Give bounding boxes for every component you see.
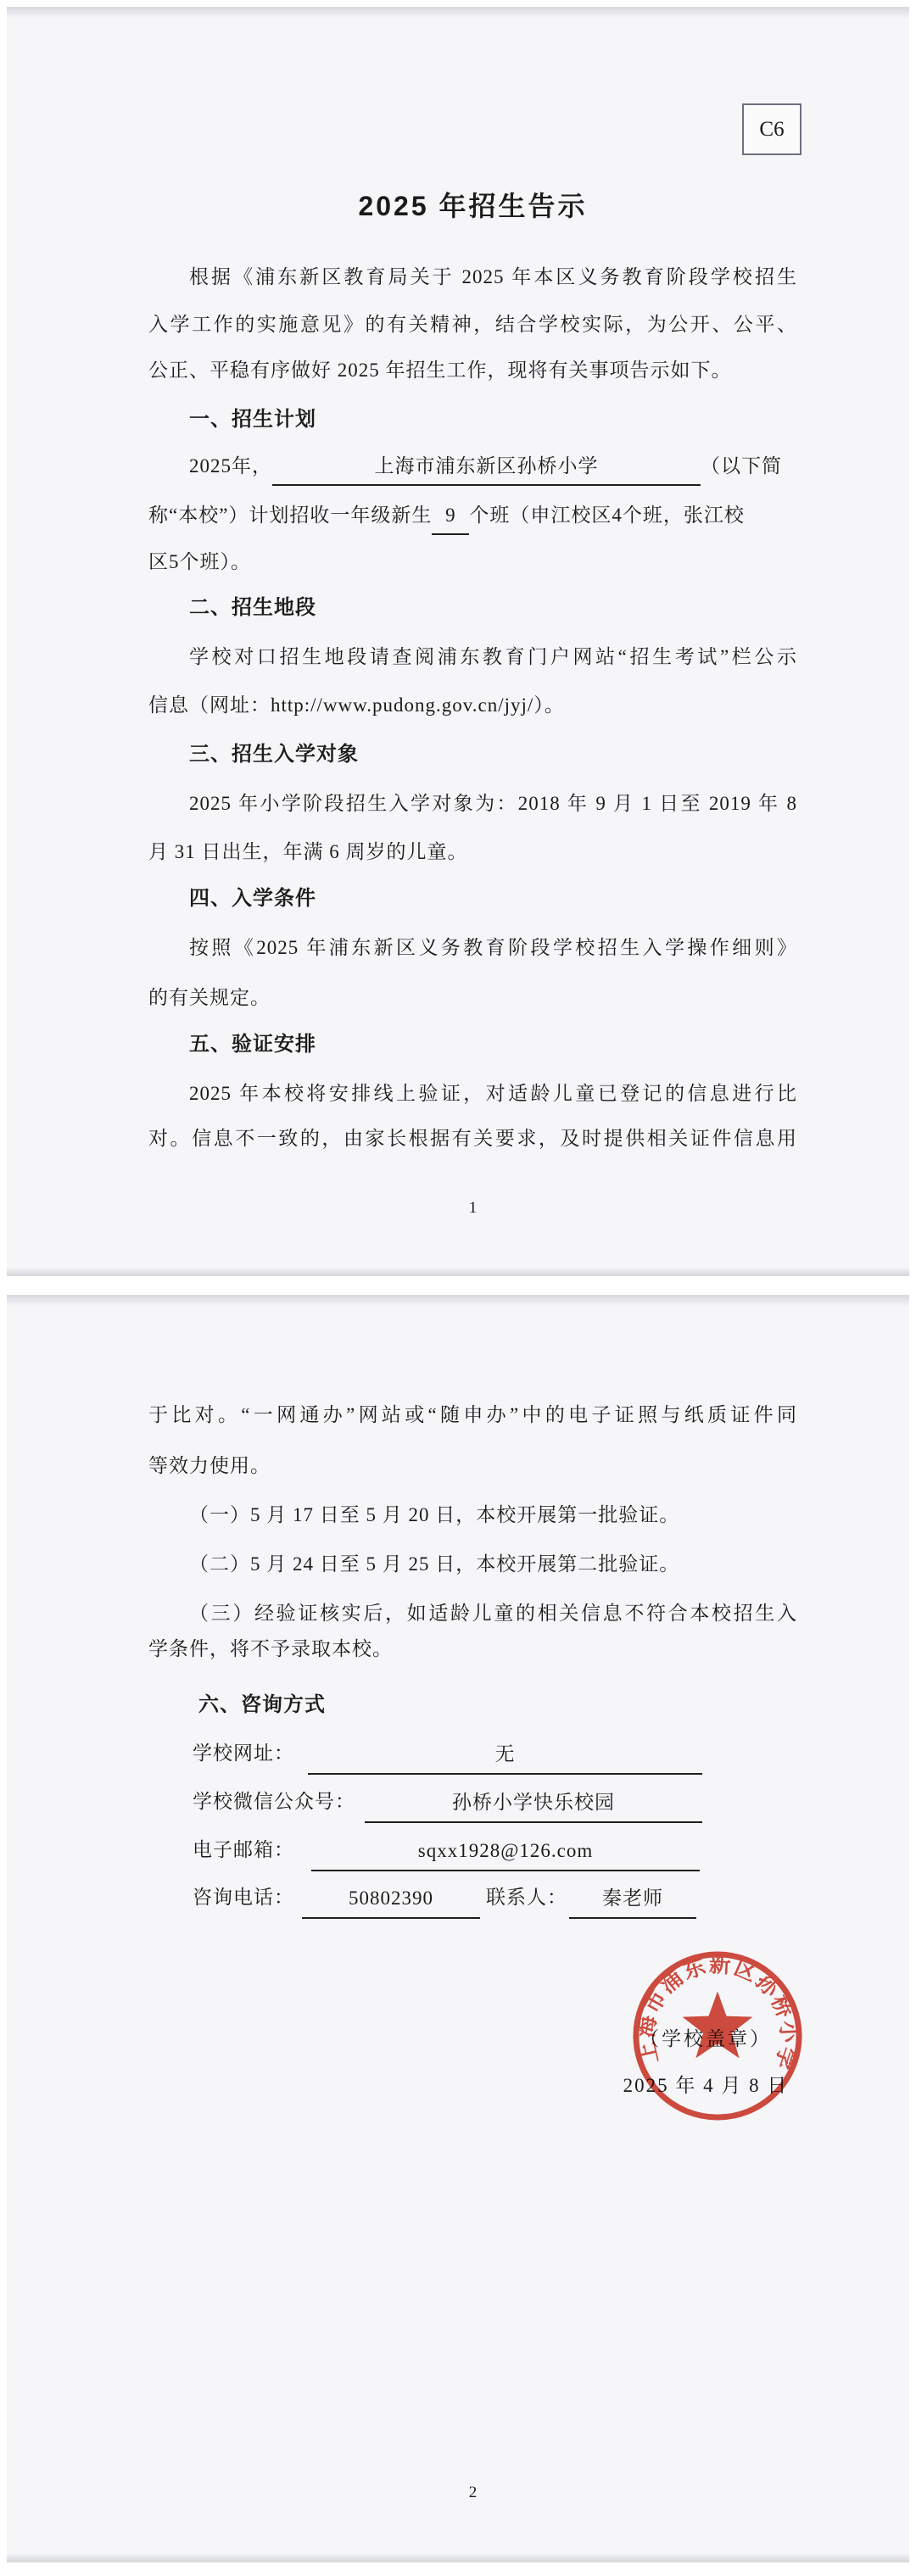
email-value-blank: sqxx1928@126.com (311, 1832, 700, 1871)
intro-line-2: 入学工作的实施意见》的有关精神，结合学校实际，为公开、公平、 (148, 300, 797, 349)
plan-line-2-pre: 称“本校”）计划招收一年级新生 (148, 505, 432, 526)
section4-heading: 四、入学条件 (189, 874, 316, 923)
school-name-blank: 上海市浦东新区孙桥小学 (272, 449, 701, 486)
class-count-blank: 9 (432, 498, 469, 535)
scanned-document: { "label_box": { "text": "C6" }, "title"… (0, 0, 916, 2576)
website-value-blank: 无 (308, 1736, 702, 1775)
contact-person-label: 联系人： (486, 1873, 567, 1922)
district-line-2: 信息（网址：http://www.pudong.gov.cn/jyj/）。 (148, 681, 565, 730)
plan-line-1: 2025年，上海市浦东新区孙桥小学（以下简 (189, 442, 782, 491)
page2-number: 2 (148, 2480, 797, 2506)
district-line-1: 学校对口招生地段请查阅浦东教育门户网站“招生考试”栏公示 (148, 633, 797, 682)
page1-number: 1 (148, 1196, 797, 1221)
verify-line-2: 对。信息不一致的，由家长根据有关要求，及时提供相关证件信息用 (148, 1114, 797, 1163)
corner-label-box: C6 (742, 103, 801, 155)
section5-heading: 五、验证安排 (189, 1020, 316, 1069)
contact-person-blank: 秦老师 (569, 1880, 696, 1919)
condition-line-1: 按照《2025 年浦东新区义务教育阶段学校招生入学操作细则》 (148, 923, 797, 973)
cont-line-2: 等效力使用。 (148, 1441, 271, 1491)
section2-heading: 二、招生地段 (189, 583, 316, 633)
section3-heading: 三、招生入学对象 (189, 730, 359, 779)
batch3-line-2: 学条件，将不予录取本校。 (148, 1625, 393, 1674)
target-line-1: 2025 年小学阶段招生入学对象为：2018 年 9 月 1 日至 2019 年… (148, 779, 797, 828)
doc-title: 2025 年招生告示 (148, 181, 797, 231)
plan-line-3: 区5个班）。 (148, 538, 251, 587)
email-label: 电子邮箱： (193, 1826, 294, 1875)
school-seal-stamp: 上海市浦东新区孙桥小学 (629, 1948, 806, 2124)
batch2-line: （二）5 月 24 日至 5 月 25 日，本校开展第二批验证。 (189, 1540, 679, 1589)
phone-value-blank: 50802390 (302, 1880, 480, 1919)
section1-heading: 一、招生计划 (189, 395, 316, 444)
wechat-value-blank: 孙桥小学快乐校园 (365, 1784, 702, 1823)
condition-line-2: 的有关规定。 (148, 973, 271, 1023)
website-label: 学校网址： (193, 1729, 294, 1778)
target-line-2: 月 31 日出生，年满 6 周岁的儿童。 (148, 828, 468, 877)
verify-line-1: 2025 年本校将安排线上验证，对适龄儿童已登记的信息进行比 (148, 1069, 797, 1118)
page2-sheet (7, 1295, 909, 2562)
section6-heading: 六、咨询方式 (198, 1681, 326, 1730)
plan-line-1-pre: 2025年， (189, 455, 272, 477)
intro-line-1: 根据《浦东新区教育局关于 2025 年本区义务教育阶段学校招生 (148, 253, 797, 302)
seal-star-icon (683, 1992, 753, 2059)
phone-label: 咨询电话： (193, 1873, 294, 1922)
corner-label: C6 (759, 118, 784, 141)
cont-line-1: 于比对。“一网通办”网站或“随申办”中的电子证照与纸质证件同 (148, 1391, 797, 1440)
plan-line-2: 称“本校”）计划招收一年级新生9个班（申江校区4个班，张江校 (148, 491, 745, 540)
plan-line-2-post: 个班（申江校区4个班，张江校 (469, 505, 745, 526)
plan-line-1-post: （以下简 (701, 455, 782, 477)
batch1-line: （一）5 月 17 日至 5 月 20 日，本校开展第一批验证。 (189, 1491, 679, 1540)
wechat-label: 学校微信公众号： (193, 1777, 355, 1826)
intro-line-3: 公正、平稳有序做好 2025 年招生工作，现将有关事项告示如下。 (148, 346, 732, 395)
